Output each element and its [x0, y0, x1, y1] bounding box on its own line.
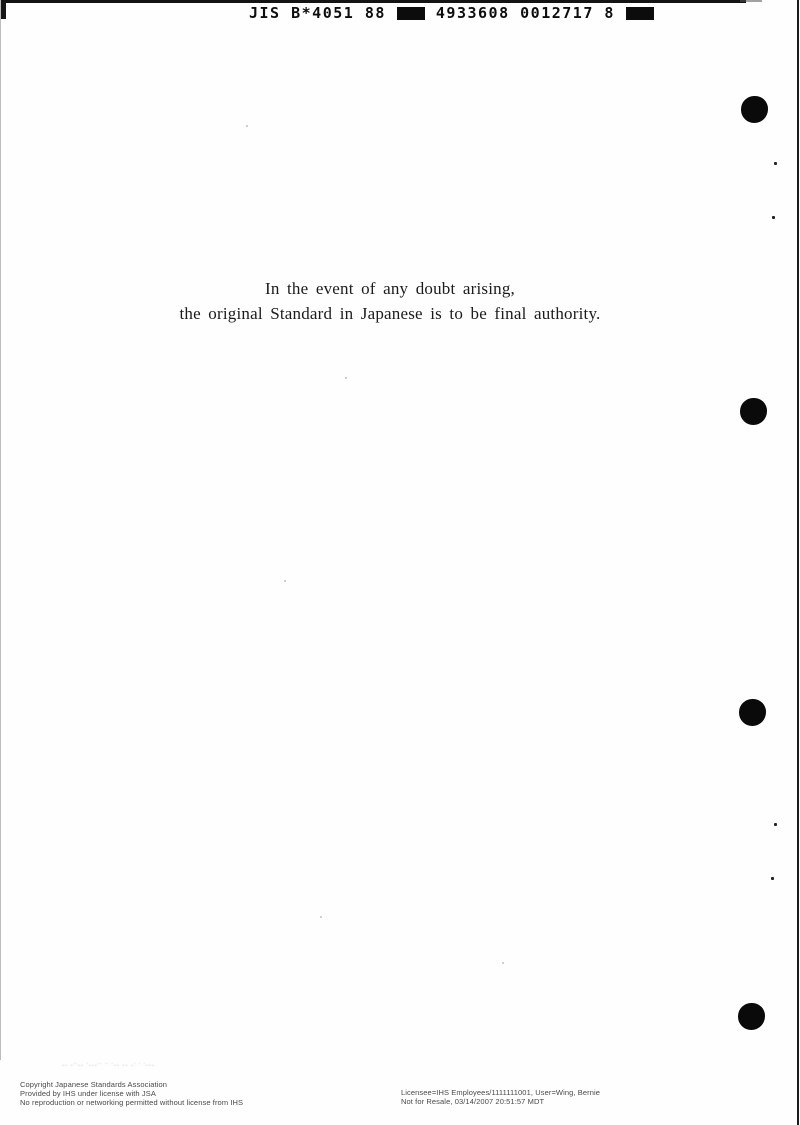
scan-speck [284, 580, 286, 582]
scan-dot [772, 216, 775, 219]
standard-code-text: JIS B*4051 88 [249, 4, 386, 22]
statement-line-2: the original Standard in Japanese is to … [90, 301, 690, 326]
separator-block-icon [626, 7, 654, 20]
separator-block-icon [397, 7, 425, 20]
punch-hole [738, 1003, 765, 1030]
copyright-footer: Copyright Japanese Standards Association… [20, 1080, 243, 1107]
provided-by-line: Provided by IHS under license with JSA [20, 1089, 243, 1098]
scan-right-edge-line [797, 0, 799, 1125]
scan-left-edge-line [0, 0, 1, 1060]
copyright-line: Copyright Japanese Standards Association [20, 1080, 243, 1089]
document-code-header: JIS B*4051 88 4933608 0012717 8 [249, 4, 654, 22]
punch-hole [739, 699, 766, 726]
scan-top-edge-bar-fade [740, 0, 762, 2]
authority-statement: In the event of any doubt arising, the o… [90, 276, 690, 326]
scan-dot [774, 823, 777, 826]
faded-smudge-text: -- -''-- '---'' '' '-- -- -' ' '--- [62, 1063, 192, 1069]
scan-speck [246, 125, 248, 127]
punch-hole [741, 96, 768, 123]
scanned-document-page: JIS B*4051 88 4933608 0012717 8 In the e… [0, 0, 800, 1125]
not-for-resale-line: Not for Resale, 03/14/2007 20:51:57 MDT [401, 1098, 600, 1107]
statement-line-1: In the event of any doubt arising, [90, 276, 690, 301]
scan-dot [771, 877, 774, 880]
scan-speck [345, 377, 347, 379]
document-number-text: 4933608 0012717 8 [436, 4, 615, 22]
punch-hole [740, 398, 767, 425]
no-reproduction-line: No reproduction or networking permitted … [20, 1098, 243, 1107]
scan-speck [502, 962, 504, 964]
scan-dot [774, 162, 777, 165]
scan-top-edge-bar [0, 0, 746, 3]
scan-speck [320, 916, 322, 918]
license-footer: Licensee=IHS Employees/1111111001, User=… [401, 1089, 600, 1106]
